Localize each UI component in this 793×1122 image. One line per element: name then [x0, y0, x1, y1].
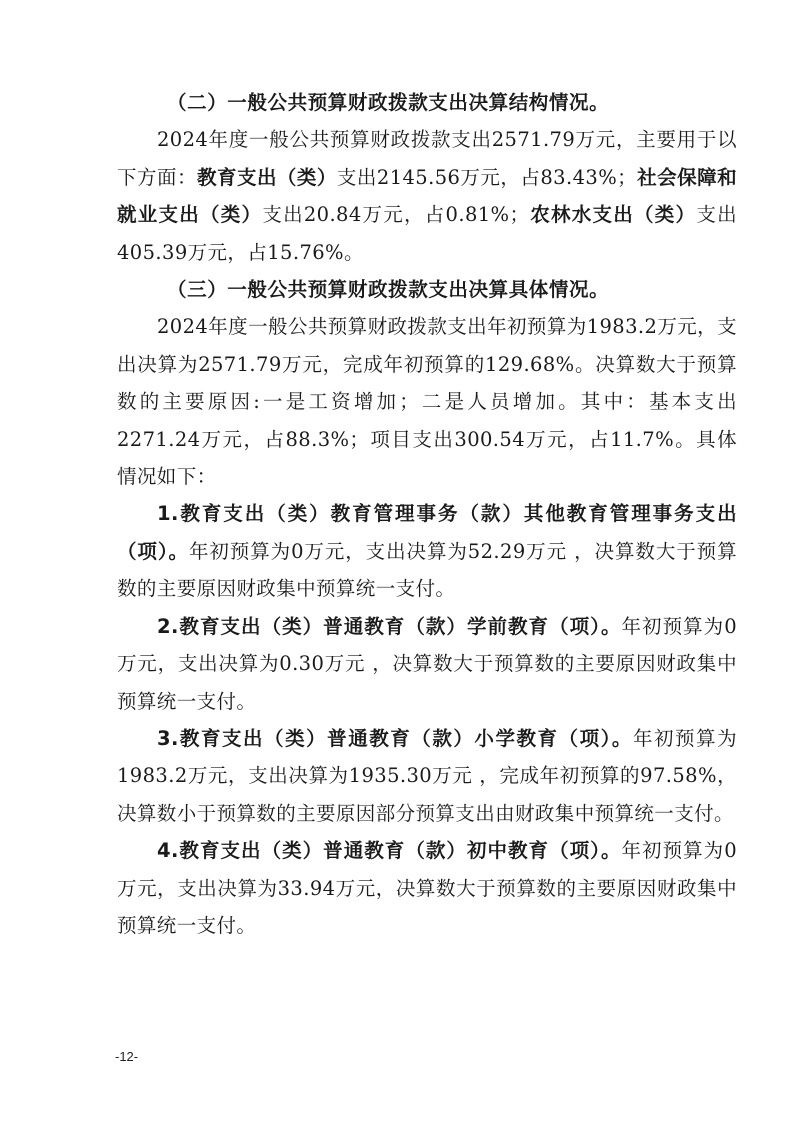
- item-1-text: 年初预算为0万元，支出决算为52.29万元 ，决算数大于预算数的主要原因财政集中…: [117, 540, 737, 600]
- item-1: 1.教育支出（类）教育管理事务（款）其他教育管理事务支出（项）。年初预算为0万元…: [117, 495, 737, 607]
- item-2-title: 2.教育支出（类）普通教育（款）学前教育（项）。: [157, 615, 622, 638]
- category-education: 教育支出（类）: [197, 166, 337, 189]
- details-paragraph: 2024年度一般公共预算财政拨款支出年初预算为1983.2万元，支出决算为257…: [117, 308, 737, 495]
- item-2: 2.教育支出（类）普通教育（款）学前教育（项）。年初预算为0万元，支出决算为0.…: [117, 608, 737, 720]
- document-body: （二）一般公共预算财政拨款支出决算结构情况。 2024年度一般公共预算财政拨款支…: [117, 84, 737, 944]
- structure-text-3: 支出20.84万元，占0.81%；: [262, 203, 529, 226]
- section-heading-structure: （二）一般公共预算财政拨款支出决算结构情况。: [167, 84, 737, 121]
- category-agriculture: 农林水支出（类）: [529, 203, 696, 226]
- section-heading-details: （三）一般公共预算财政拨款支出决算具体情况。: [167, 271, 737, 308]
- item-3: 3.教育支出（类）普通教育（款）小学教育（项）。年初预算为1983.2万元，支出…: [117, 720, 737, 832]
- document-page: （二）一般公共预算财政拨款支出决算结构情况。 2024年度一般公共预算财政拨款支…: [0, 0, 793, 1122]
- structure-text-2: 支出2145.56万元，占83.43%；: [337, 166, 637, 189]
- structure-paragraph: 2024年度一般公共预算财政拨款支出2571.79万元，主要用于以下方面：教育支…: [117, 121, 737, 271]
- item-4: 4.教育支出（类）普通教育（款）初中教育（项）。年初预算为0万元，支出决算为33…: [117, 832, 737, 944]
- item-4-title: 4.教育支出（类）普通教育（款）初中教育（项）。: [157, 839, 622, 862]
- page-number: -12-: [115, 1049, 138, 1064]
- item-3-title: 3.教育支出（类）普通教育（款）小学教育（项）。: [157, 727, 633, 750]
